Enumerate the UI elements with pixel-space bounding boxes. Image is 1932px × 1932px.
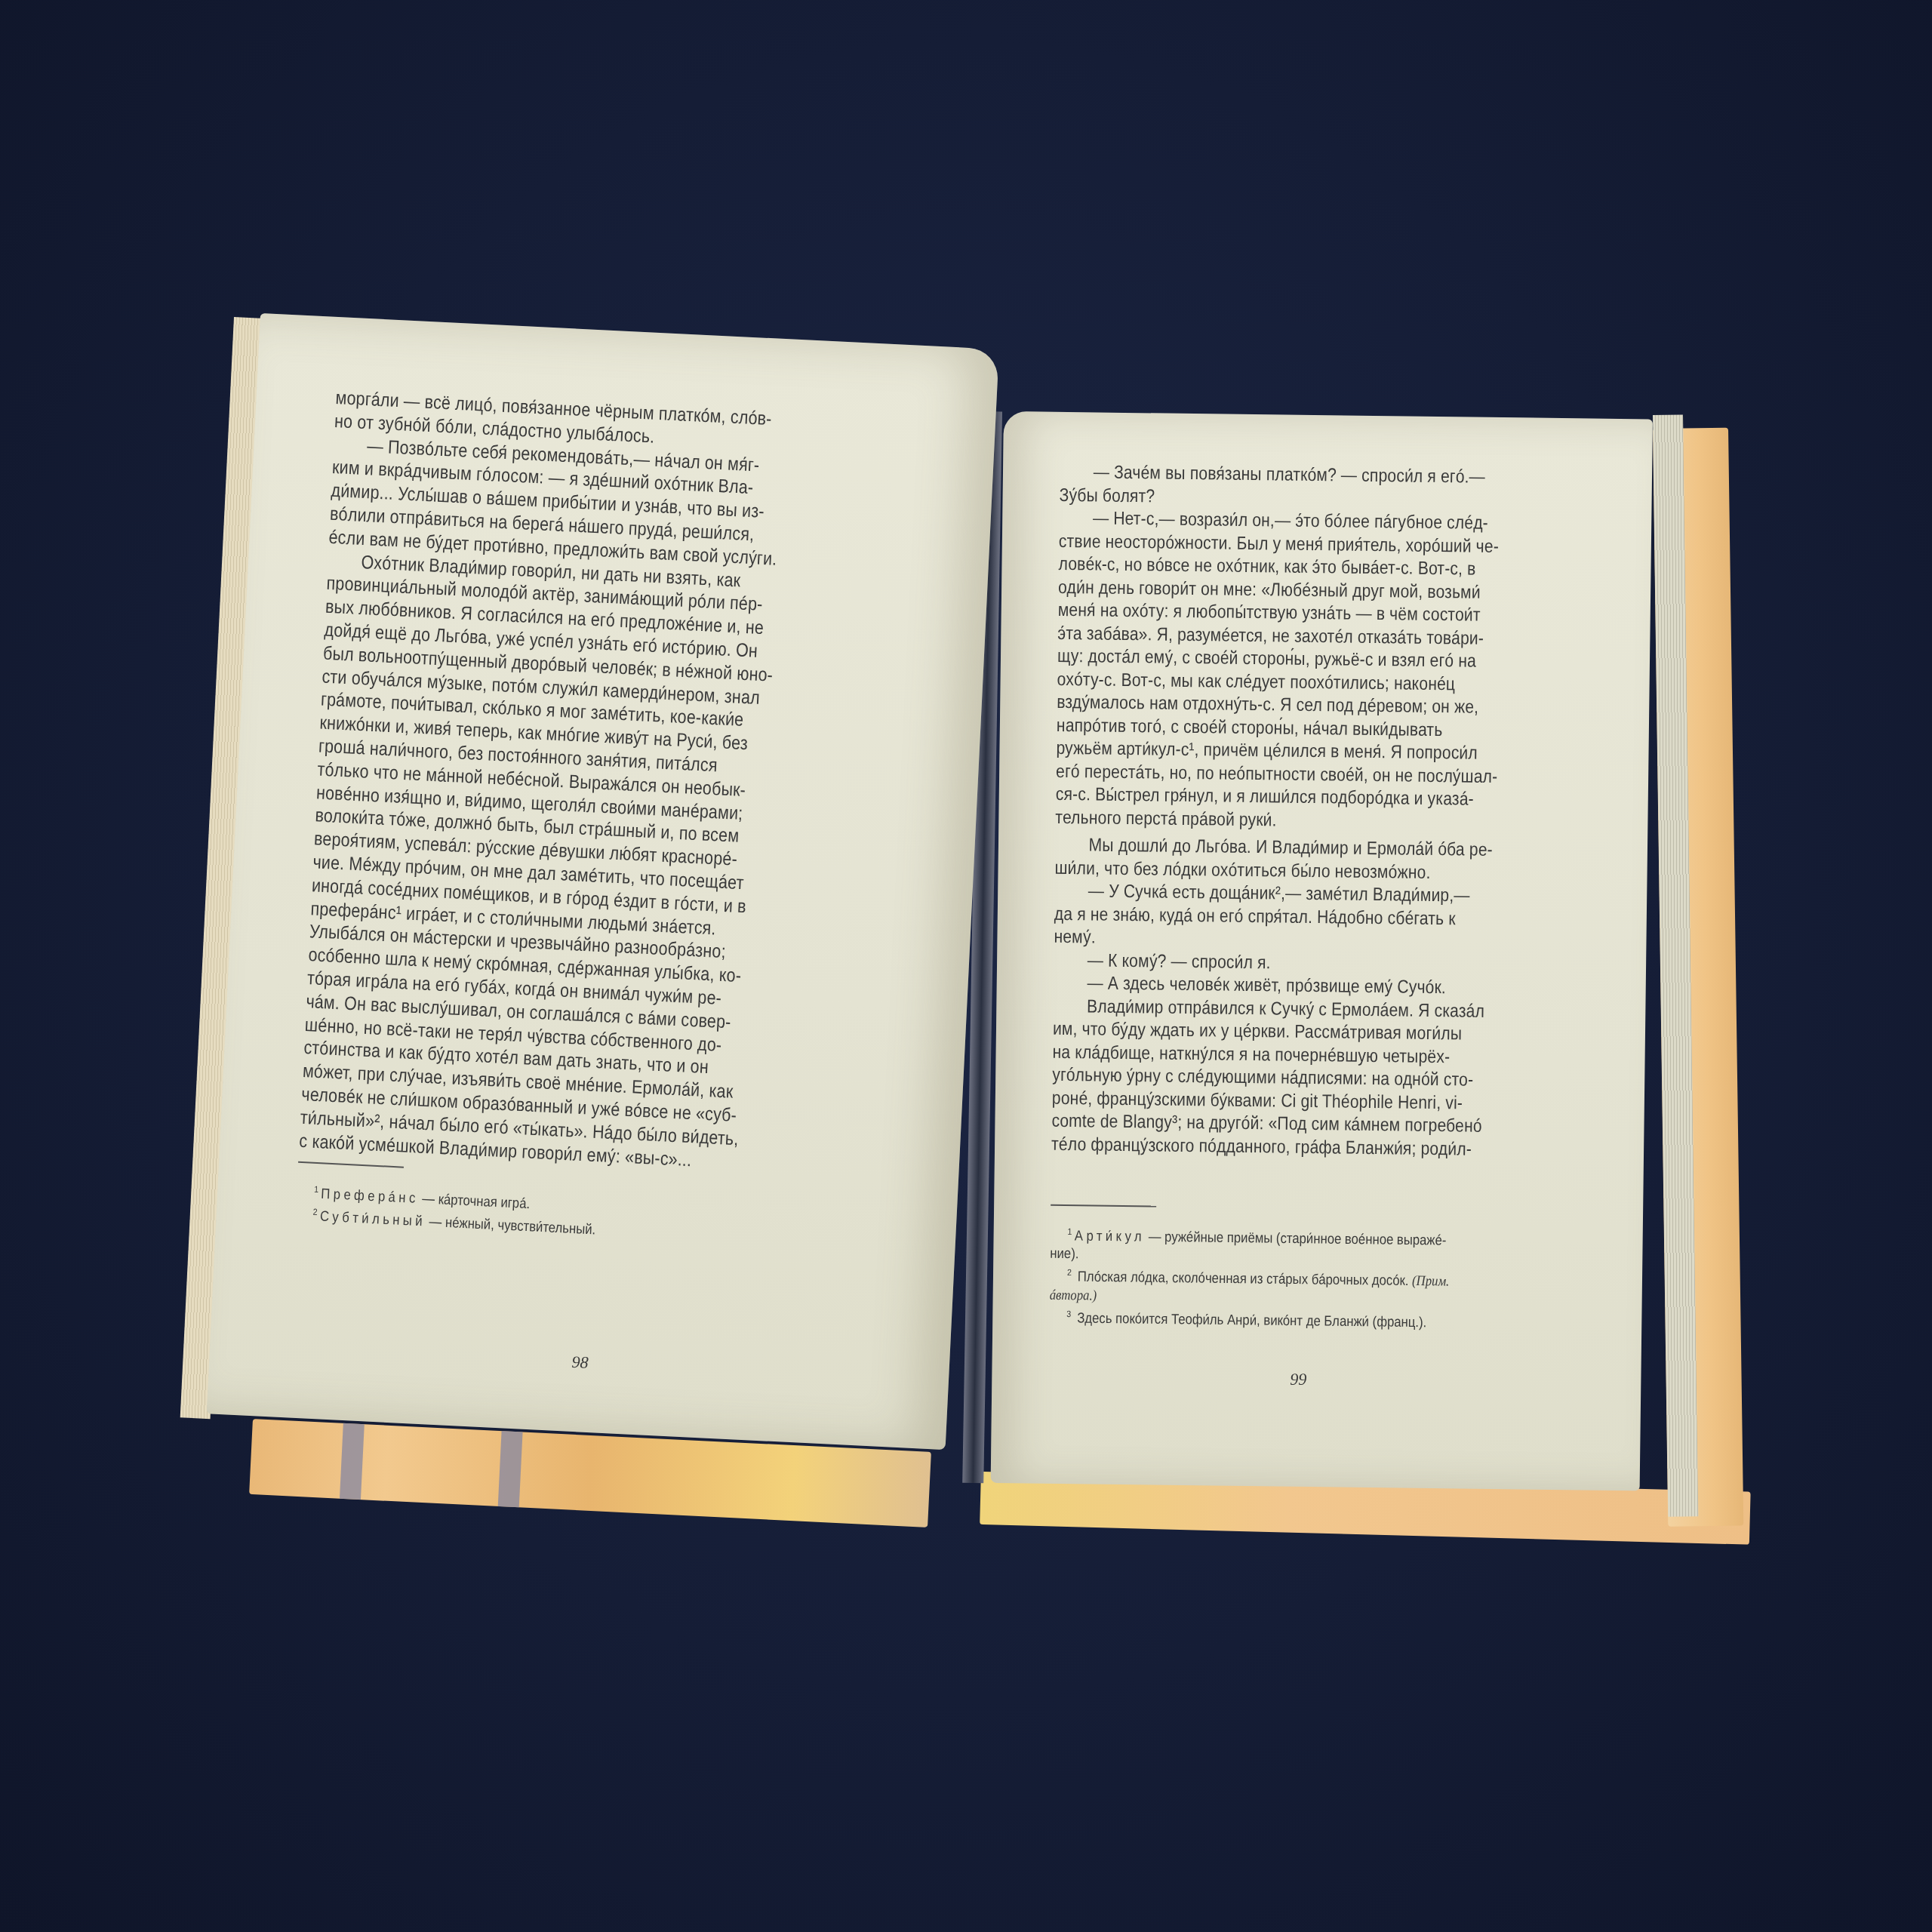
text-line: тéло францу́зского пóдданного, грáфа Бла… [1051,1133,1506,1161]
left-page: моргáли — всё лицó, повя́занное чёрным п… [207,313,999,1450]
footnote-divider [1051,1204,1156,1207]
right-page-body: — Зачéм вы повя́заны платкóм? — спроси́л… [1051,461,1588,1162]
text-line: тельного перстá прáвой руки́. [1055,806,1509,835]
footnote-3: 3 Здесь покóится Теофи́ль Анри́, викóнт … [1049,1304,1514,1333]
left-page-body: моргáли — всё лицó, повя́занное чёрным п… [299,386,857,1178]
page-number-left: 98 [571,1352,589,1373]
right-footnotes: 1Арти́кул — ружéйные приёмы (стари́нное … [1049,1182,1579,1334]
photo-scene: моргáли — всё лицó, повя́занное чёрным п… [0,0,1932,1932]
footnote-divider [298,1161,404,1168]
right-page: — Зачéм вы повя́заны платкóм? — спроси́л… [991,411,1653,1491]
page-number-right: 99 [1290,1370,1306,1389]
